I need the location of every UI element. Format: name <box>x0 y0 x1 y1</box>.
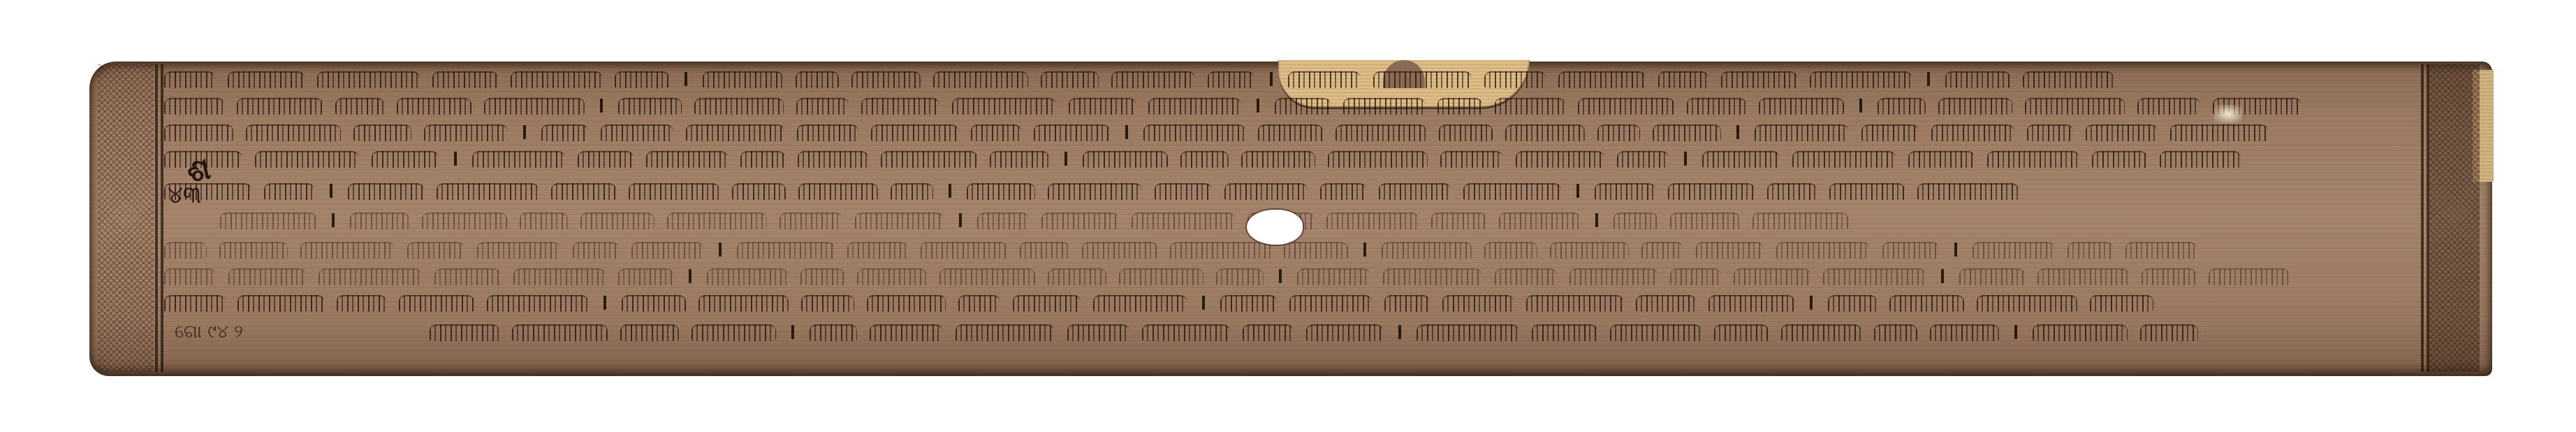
glyph-run <box>1297 268 1370 285</box>
glyph-run <box>1069 98 1136 115</box>
glyph-run <box>1155 183 1212 200</box>
glyph-run <box>1668 183 1755 200</box>
glyph-run <box>1613 213 1657 229</box>
glyph-run <box>164 124 233 141</box>
glyph-run <box>867 295 946 312</box>
glyph-run <box>1578 98 1674 115</box>
danda-mark <box>454 152 457 166</box>
glyph-run <box>796 71 839 88</box>
glyph-run <box>337 295 386 312</box>
glyph-run <box>1093 295 1187 312</box>
danda-mark <box>1595 213 1598 227</box>
glyph-run <box>1180 151 1229 168</box>
glyph-run <box>810 324 857 341</box>
danda-mark <box>1576 184 1579 198</box>
folio-number: ୪୩ <box>168 183 202 207</box>
glyph-run <box>1379 183 1451 200</box>
glyph-run <box>1382 242 1472 259</box>
glyph-run <box>1828 295 1877 312</box>
glyph-run <box>1208 71 1254 88</box>
danda-mark <box>1941 269 1944 283</box>
glyph-run <box>1550 242 1629 259</box>
glyph-run <box>1977 295 2077 312</box>
glyph-run <box>737 242 835 259</box>
glyph-run <box>1373 71 1472 88</box>
glyph-run <box>2092 151 2147 168</box>
glyph-run <box>732 183 786 200</box>
glyph-run <box>857 268 927 285</box>
glyph-run <box>228 71 305 88</box>
glyph-run <box>967 183 1035 200</box>
glyph-run <box>1696 242 1764 259</box>
glyph-run <box>1829 183 1905 200</box>
glyph-run <box>1437 98 1482 115</box>
text-line-10 <box>430 322 2211 343</box>
left-margin-rule-inner <box>161 64 163 372</box>
glyph-run <box>1495 98 1565 115</box>
glyph-run <box>1431 213 1486 229</box>
text-line-7 <box>164 239 2209 260</box>
bottom-left-mark: ଗୋ ୯୪ ୨ <box>175 323 243 341</box>
danda-mark <box>1927 72 1930 86</box>
glyph-run <box>1440 151 1503 168</box>
glyph-run <box>573 242 619 259</box>
glyph-run <box>1558 71 1646 88</box>
glyph-run <box>2025 98 2125 115</box>
glyph-run <box>1505 124 1585 141</box>
glyph-run <box>1569 268 1657 285</box>
glyph-run <box>578 151 634 168</box>
text-line-1 <box>164 69 2126 89</box>
left-margin-rule <box>155 64 158 372</box>
glyph-run <box>317 71 420 88</box>
text-line-8 <box>164 266 2301 287</box>
glyph-run <box>891 183 933 200</box>
glyph-run <box>1020 242 1069 259</box>
glyph-run <box>1275 98 1331 115</box>
glyph-run <box>477 242 560 259</box>
glyph-run <box>432 71 498 88</box>
glyph-run <box>1595 183 1655 200</box>
glyph-run <box>1289 295 1372 312</box>
glyph-run <box>1048 183 1142 200</box>
glyph-run <box>520 213 568 229</box>
glyph-run <box>2125 242 2197 259</box>
glyph-run <box>1132 213 1235 229</box>
glyph-run <box>2086 124 2158 141</box>
glyph-run <box>780 213 842 229</box>
glyph-run <box>1288 71 1361 88</box>
glyph-run <box>703 71 783 88</box>
glyph-run <box>1714 324 1769 341</box>
text-line-6 <box>220 210 1861 231</box>
glyph-run <box>551 183 616 200</box>
glyph-run <box>2140 324 2198 341</box>
glyph-run <box>1653 124 1721 141</box>
glyph-run <box>246 124 341 141</box>
danda-mark <box>1125 125 1128 139</box>
danda-mark <box>1257 99 1259 113</box>
glyph-run <box>2023 71 2114 88</box>
danda-mark <box>1736 125 1739 139</box>
danda-mark <box>603 296 606 310</box>
text-line-3 <box>164 122 2281 143</box>
danda-mark <box>600 99 603 113</box>
glyph-run <box>1220 295 1277 312</box>
glyph-run <box>1752 213 1848 229</box>
danda-mark <box>332 213 335 227</box>
glyph-run <box>264 183 314 200</box>
glyph-run <box>1224 183 1308 200</box>
glyph-run <box>1343 98 1425 115</box>
glyph-run <box>1987 151 2079 168</box>
danda-mark <box>523 125 526 139</box>
glyph-run <box>1170 242 1271 259</box>
glyph-run <box>1148 98 1241 115</box>
glyph-run <box>958 295 1000 312</box>
glyph-run <box>646 151 728 168</box>
left-margin-band <box>98 64 154 372</box>
glyph-run <box>1930 324 1999 341</box>
glyph-run <box>1610 324 1702 341</box>
glyph-run <box>1917 183 2019 200</box>
glyph-run <box>1243 324 1294 341</box>
glyph-run <box>219 242 288 259</box>
glyph-run <box>1670 268 1721 285</box>
glyph-run <box>618 268 673 285</box>
glyph-run <box>237 295 324 312</box>
glyph-run <box>615 71 669 88</box>
glyph-run <box>1959 268 2025 285</box>
glyph-run <box>300 242 395 259</box>
glyph-run <box>667 213 767 229</box>
glyph-run <box>1734 268 1810 285</box>
glyph-run <box>1759 98 1844 115</box>
glyph-run <box>921 242 1007 259</box>
glyph-run <box>1938 98 2012 115</box>
glyph-run <box>2068 242 2113 259</box>
glyph-run <box>1874 324 1917 341</box>
glyph-run <box>1708 295 1794 312</box>
glyph-run <box>618 98 682 115</box>
glyph-run <box>1119 268 1203 285</box>
text-line-4 <box>164 148 2253 169</box>
glyph-run <box>430 324 499 341</box>
glyph-run <box>2170 124 2268 141</box>
glyph-run <box>2037 268 2129 285</box>
glyph-run <box>1702 151 1780 168</box>
glyph-run <box>1767 183 1817 200</box>
danda-mark <box>2014 325 2017 339</box>
glyph-run <box>1013 295 1081 312</box>
glyph-run <box>1516 151 1604 168</box>
glyph-run <box>851 71 921 88</box>
glyph-run <box>164 268 216 285</box>
glyph-run <box>622 295 686 312</box>
danda-mark <box>1398 325 1401 339</box>
glyph-run <box>1306 324 1383 341</box>
danda-mark <box>791 325 794 339</box>
glyph-run <box>1034 124 1110 141</box>
glyph-run <box>580 213 654 229</box>
glyph-run <box>220 213 316 229</box>
glyph-run <box>1658 71 1708 88</box>
glyph-run <box>255 151 359 168</box>
glyph-run <box>796 98 849 115</box>
glyph-run <box>871 124 958 141</box>
glyph-run <box>601 124 673 141</box>
glyph-run <box>798 151 868 168</box>
danda-mark <box>1064 152 1067 166</box>
glyph-run <box>1241 151 1315 168</box>
danda-mark <box>1684 152 1687 166</box>
glyph-run <box>1499 213 1580 229</box>
glyph-run <box>164 295 225 312</box>
glyph-run <box>228 268 306 285</box>
glyph-run <box>1776 242 1870 259</box>
glyph-run <box>939 268 1035 285</box>
glyph-run <box>861 98 939 115</box>
glyph-run <box>1320 183 1366 200</box>
glyph-run <box>1882 242 1939 259</box>
glyph-run <box>424 124 508 141</box>
glyph-run <box>1495 268 1557 285</box>
right-margin-rule-inner <box>2427 64 2429 372</box>
glyph-run <box>1258 124 1323 141</box>
glyph-run <box>1532 324 1597 341</box>
glyph-run <box>472 151 565 168</box>
danda-mark <box>1270 72 1273 86</box>
glyph-run <box>237 98 323 115</box>
glyph-run <box>694 98 784 115</box>
glyph-run <box>1326 213 1419 229</box>
glyph-run <box>1142 324 1230 341</box>
glyph-run <box>977 213 1029 229</box>
glyph-run <box>1973 242 2055 259</box>
glyph-run <box>1439 124 1493 141</box>
glyph-run <box>1463 183 1561 200</box>
danda-mark <box>689 269 691 283</box>
glyph-run <box>2142 268 2196 285</box>
glyph-run <box>1384 295 1430 312</box>
glyph-run <box>1636 295 1696 312</box>
glyph-run <box>1048 268 1106 285</box>
danda-mark <box>685 72 687 86</box>
glyph-run <box>798 183 878 200</box>
danda-mark <box>949 184 951 198</box>
glyph-run <box>797 124 858 141</box>
glyph-run <box>1284 242 1348 259</box>
glyph-run <box>1597 124 1640 141</box>
glyph-run <box>1383 268 1482 285</box>
glyph-run <box>1111 71 1195 88</box>
glyph-run <box>319 268 422 285</box>
glyph-run <box>513 268 606 285</box>
danda-mark <box>1810 296 1813 310</box>
glyph-run <box>1670 213 1740 229</box>
text-line-9 <box>164 292 2166 313</box>
glyph-run <box>511 71 602 88</box>
glyph-run <box>407 242 464 259</box>
glyph-run <box>631 242 703 259</box>
glyph-run <box>956 324 1055 341</box>
text-line-2 <box>164 95 2314 116</box>
right-margin-rule <box>2421 64 2424 372</box>
glyph-run <box>2033 324 2128 341</box>
danda-mark <box>1202 296 1205 310</box>
glyph-run <box>1041 213 1119 229</box>
glyph-run <box>1328 151 1428 168</box>
glyph-run <box>629 183 719 200</box>
glyph-run <box>1755 124 1849 141</box>
glyph-run <box>541 124 588 141</box>
glyph-run <box>1687 98 1746 115</box>
glyph-run <box>1878 98 1926 115</box>
glyph-run <box>1617 151 1669 168</box>
danda-mark <box>1279 269 1282 283</box>
glyph-run <box>952 98 1056 115</box>
glyph-run <box>990 151 1049 168</box>
glyph-run <box>1781 324 1861 341</box>
glyph-run <box>698 295 789 312</box>
glyph-run <box>1484 71 1546 88</box>
glyph-run <box>1810 71 1912 88</box>
string-hole <box>1247 210 1303 245</box>
glyph-run <box>881 151 977 168</box>
glyph-run <box>1083 151 1168 168</box>
glyph-run <box>691 324 776 341</box>
glyph-run <box>1041 71 1099 88</box>
glyph-run <box>484 98 585 115</box>
danda-mark <box>719 243 722 257</box>
text-line-5 <box>164 180 2031 201</box>
glyph-run <box>933 71 1028 88</box>
glyph-run <box>1861 124 1919 141</box>
glyph-run <box>399 295 474 312</box>
glyph-run <box>1641 242 1683 259</box>
glyph-run <box>1889 295 1964 312</box>
glyph-run <box>1082 242 1157 259</box>
glyph-run <box>855 213 944 229</box>
glyph-run <box>512 324 608 341</box>
glyph-run <box>1417 324 1519 341</box>
glyph-run <box>740 151 785 168</box>
glyph-run <box>2090 295 2153 312</box>
glyph-run <box>620 324 679 341</box>
glyph-run <box>870 324 943 341</box>
glyph-run <box>1823 268 1926 285</box>
glyph-run <box>1216 268 1264 285</box>
glyph-run <box>422 213 507 229</box>
danda-mark <box>959 213 962 227</box>
glyph-run <box>487 295 588 312</box>
glyph-run <box>1792 151 1896 168</box>
glyph-run <box>350 213 409 229</box>
danda-mark <box>1363 243 1366 257</box>
glyph-run <box>335 98 384 115</box>
glyph-run <box>164 98 224 115</box>
glyph-run <box>2027 124 2073 141</box>
glyph-run <box>1945 71 2010 88</box>
glyph-run <box>2160 151 2241 168</box>
glyph-run <box>164 242 207 259</box>
glyph-run <box>434 268 501 285</box>
glyph-run <box>2137 98 2200 115</box>
glyph-run <box>437 183 539 200</box>
danda-mark <box>1859 99 1862 113</box>
right-margin-band <box>2429 64 2480 372</box>
glyph-run <box>1143 124 1245 141</box>
glyph-run <box>348 183 424 200</box>
glyph-run <box>397 98 471 115</box>
glyph-run <box>707 268 788 285</box>
glyph-run <box>800 268 844 285</box>
glyph-run <box>2209 268 2289 285</box>
glyph-run <box>686 124 784 141</box>
bleached-spot <box>2214 105 2242 123</box>
glyph-run <box>847 242 908 259</box>
glyph-run <box>1484 242 1537 259</box>
glyph-run <box>353 124 411 141</box>
glyph-run <box>1526 295 1623 312</box>
glyph-run <box>1721 71 1797 88</box>
danda-mark <box>1954 243 1957 257</box>
glyph-run <box>372 151 439 168</box>
glyph-run <box>1908 151 1975 168</box>
glyph-run <box>1335 124 1426 141</box>
glyph-run <box>1931 124 2014 141</box>
danda-mark <box>330 184 332 198</box>
glyph-run <box>1442 295 1514 312</box>
glyph-run <box>164 71 215 88</box>
glyph-run <box>801 295 854 312</box>
glyph-run <box>971 124 1021 141</box>
glyph-run <box>1067 324 1129 341</box>
